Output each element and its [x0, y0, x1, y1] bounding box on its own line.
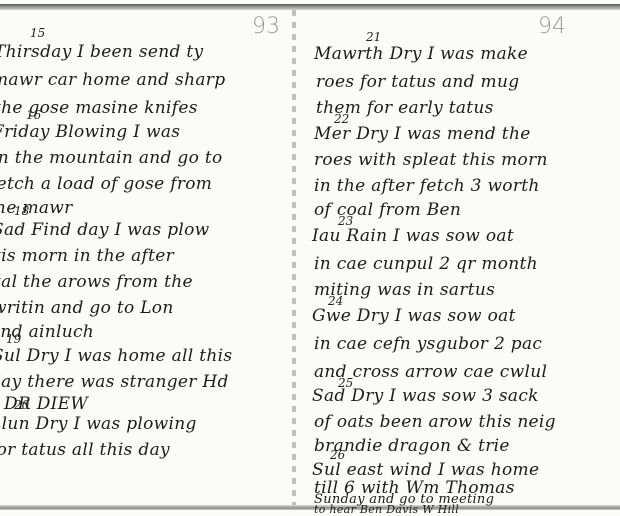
day-number: 18	[14, 204, 29, 218]
text-line: the mawr	[0, 198, 73, 218]
text-line: fetch a load of gose from	[0, 174, 212, 194]
text-line: Sad Find day I was plow	[0, 220, 210, 240]
text-line: in the after fetch 3 worth	[314, 176, 540, 196]
book-spine	[292, 10, 296, 505]
day-number: 16	[26, 108, 41, 122]
text-line: Sul Dry I was home all this	[0, 346, 232, 366]
diary-spread: 93 15 Thirsday I been send ty mawr car h…	[0, 0, 620, 516]
text-line: in the mountain and go to	[0, 148, 223, 168]
text-line: to hear Ben Davis W Hill	[314, 503, 459, 516]
text-line: Sul east wind I was home	[312, 460, 539, 480]
day-number: 20	[14, 398, 29, 412]
day-number: 19	[6, 332, 21, 346]
page-number: 94	[538, 14, 566, 39]
text-line: Friday Blowing I was	[0, 122, 180, 142]
text-line: Gwe Dry I was sow oat	[312, 306, 516, 326]
text-line: Thirsday I been send ty	[0, 42, 203, 62]
text-line: of oats been arow this neig	[314, 412, 556, 432]
text-line: roes for tatus and mug	[316, 72, 519, 92]
text-line: writin and go to Lon	[0, 298, 174, 318]
page-number: 93	[252, 14, 280, 39]
text-line: for tatus all this day	[0, 440, 170, 460]
text-line: of coal from Ben	[314, 200, 461, 220]
text-line: roes with spleat this morn	[314, 150, 548, 170]
text-line: Iau Rain I was sow oat	[312, 226, 514, 246]
text-line: Mawrth Dry I was make	[314, 44, 528, 64]
day-number: 15	[30, 26, 45, 40]
day-number: 21	[366, 30, 381, 44]
text-line: tis morn in the after	[0, 246, 174, 266]
text-line: Llun Dry I was plowing	[0, 414, 197, 434]
text-line: tal the arows from the	[0, 272, 193, 292]
text-line: day there was stranger Hd	[0, 372, 229, 392]
right-page: 94 21 Mawrth Dry I was make roes for tat…	[300, 0, 620, 516]
text-line: in cae cefn ysgubor 2 pac	[314, 334, 542, 354]
text-line: in cae cunpul 2 qr month	[314, 254, 538, 274]
left-page: 93 15 Thirsday I been send ty mawr car h…	[0, 0, 292, 516]
text-line: mawr car home and sharp	[0, 70, 225, 90]
text-line: Mer Dry I was mend the	[314, 124, 531, 144]
text-line: Sad Dry I was sow 3 sack	[312, 386, 539, 406]
